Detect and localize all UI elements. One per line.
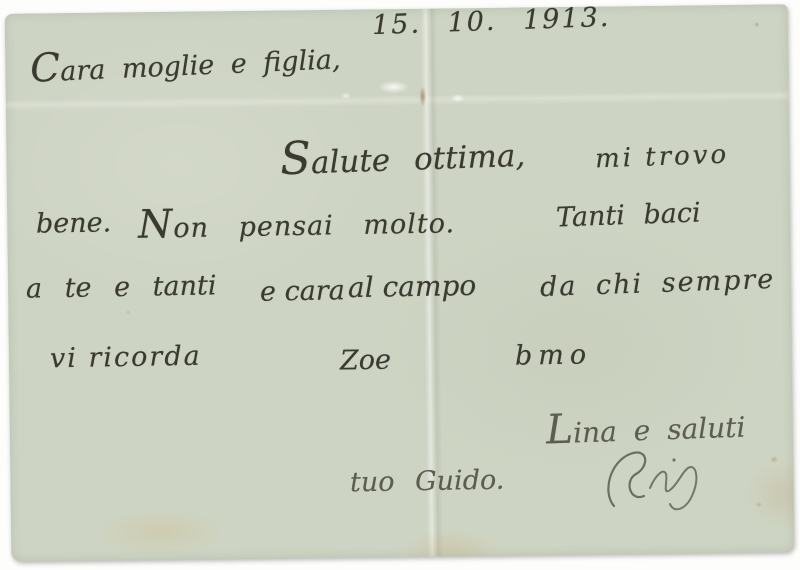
postcard-paper <box>5 4 795 562</box>
scanned-postcard-page: 15. 10. 1913. Cara moglie e figlia, Salu… <box>0 0 800 570</box>
